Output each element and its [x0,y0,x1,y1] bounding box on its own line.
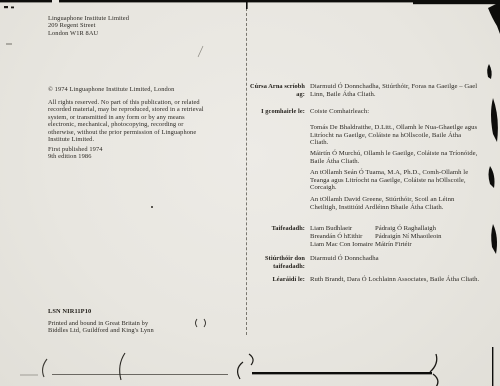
recording-name: Pádraigín Ní Mhaoileoin [375,233,442,241]
first-published-line: First published 1974 [48,146,103,153]
recording-name: Breandán Ó hEithir [310,233,373,241]
edition-line: 9th edition 1986 [48,153,103,160]
publisher-address: Linguaphone Institute Limited 209 Regent… [48,15,129,37]
advisory-member: An tOllamh David Greene, Stiúrthóir, Sco… [310,196,480,211]
recording-name: Pádraig Ó Raghallaigh [375,225,442,233]
advisory-member: Máirtín Ó Murchú, Ollamh le Gaeilge, Col… [310,150,480,165]
catalogue-code: LSN NIR11P10 [48,308,91,315]
page-gutter-line [246,3,247,335]
credit-label-illustrations: Léaráidí le: [238,276,305,284]
printer-line: Printed and bound in Great Britain by [48,320,154,327]
publisher-address-line: 209 Regent Street [48,22,129,29]
credit-label-advisory: I gcomhairle le: [238,108,305,116]
advisory-member: Tomás De Bhaldraithe, D.Litt., Ollamh le… [310,124,480,147]
advisory-member: An tOllamh Seán Ó Tuama, M.A, Ph.D., Com… [310,169,480,192]
printer-line: Biddles Ltd, Guildford and King's Lynn [48,327,154,334]
credit-label-recording: Taifeadadh: [238,225,305,233]
printer-block: Printed and bound in Great Britain by Bi… [48,320,154,335]
credit-label-written-by: Cúrsa Arna scríobh ag: [238,83,305,98]
recording-names-col1: Liam Budhlaeir Breandán Ó hEithir Liam M… [310,225,373,248]
publisher-address-line: Linguaphone Institute Limited [48,15,129,22]
recording-name: Máirín Firtéir [375,241,442,249]
credit-value-written-by: Diarmuid Ó Donnchadha, Stiúrthóir, Foras… [310,83,480,98]
edition-block: First published 1974 9th edition 1986 [48,146,103,161]
copyright-line: © 1974 Linguaphone Institute Limited, Lo… [48,86,174,93]
recording-names-col2: Pádraig Ó Raghallaigh Pádraigín Ní Mhaoi… [375,225,442,248]
advisory-intro: Coiste Comhairleach: [310,108,480,116]
credits-page: Cúrsa Arna scríobh ag: Diarmuid Ó Donnch… [250,0,500,386]
book-imprint-scan: Linguaphone Institute Limited 209 Regent… [0,0,500,386]
recording-name: Liam Budhlaeir [310,225,373,233]
credit-value-illustrations: Ruth Brandt, Dara Ó Lochlainn Associates… [310,276,480,284]
credit-label-recording-director: Stiúrthóir don taifeadadh: [238,255,305,270]
publisher-address-line: London W1R 8AU [48,30,129,37]
rights-notice: All rights reserved. No part of this pub… [48,99,211,143]
recording-name: Liam Mac Con Iomaire [310,241,373,249]
credit-value-recording-director: Diarmuid Ó Donnchadha [310,255,480,263]
